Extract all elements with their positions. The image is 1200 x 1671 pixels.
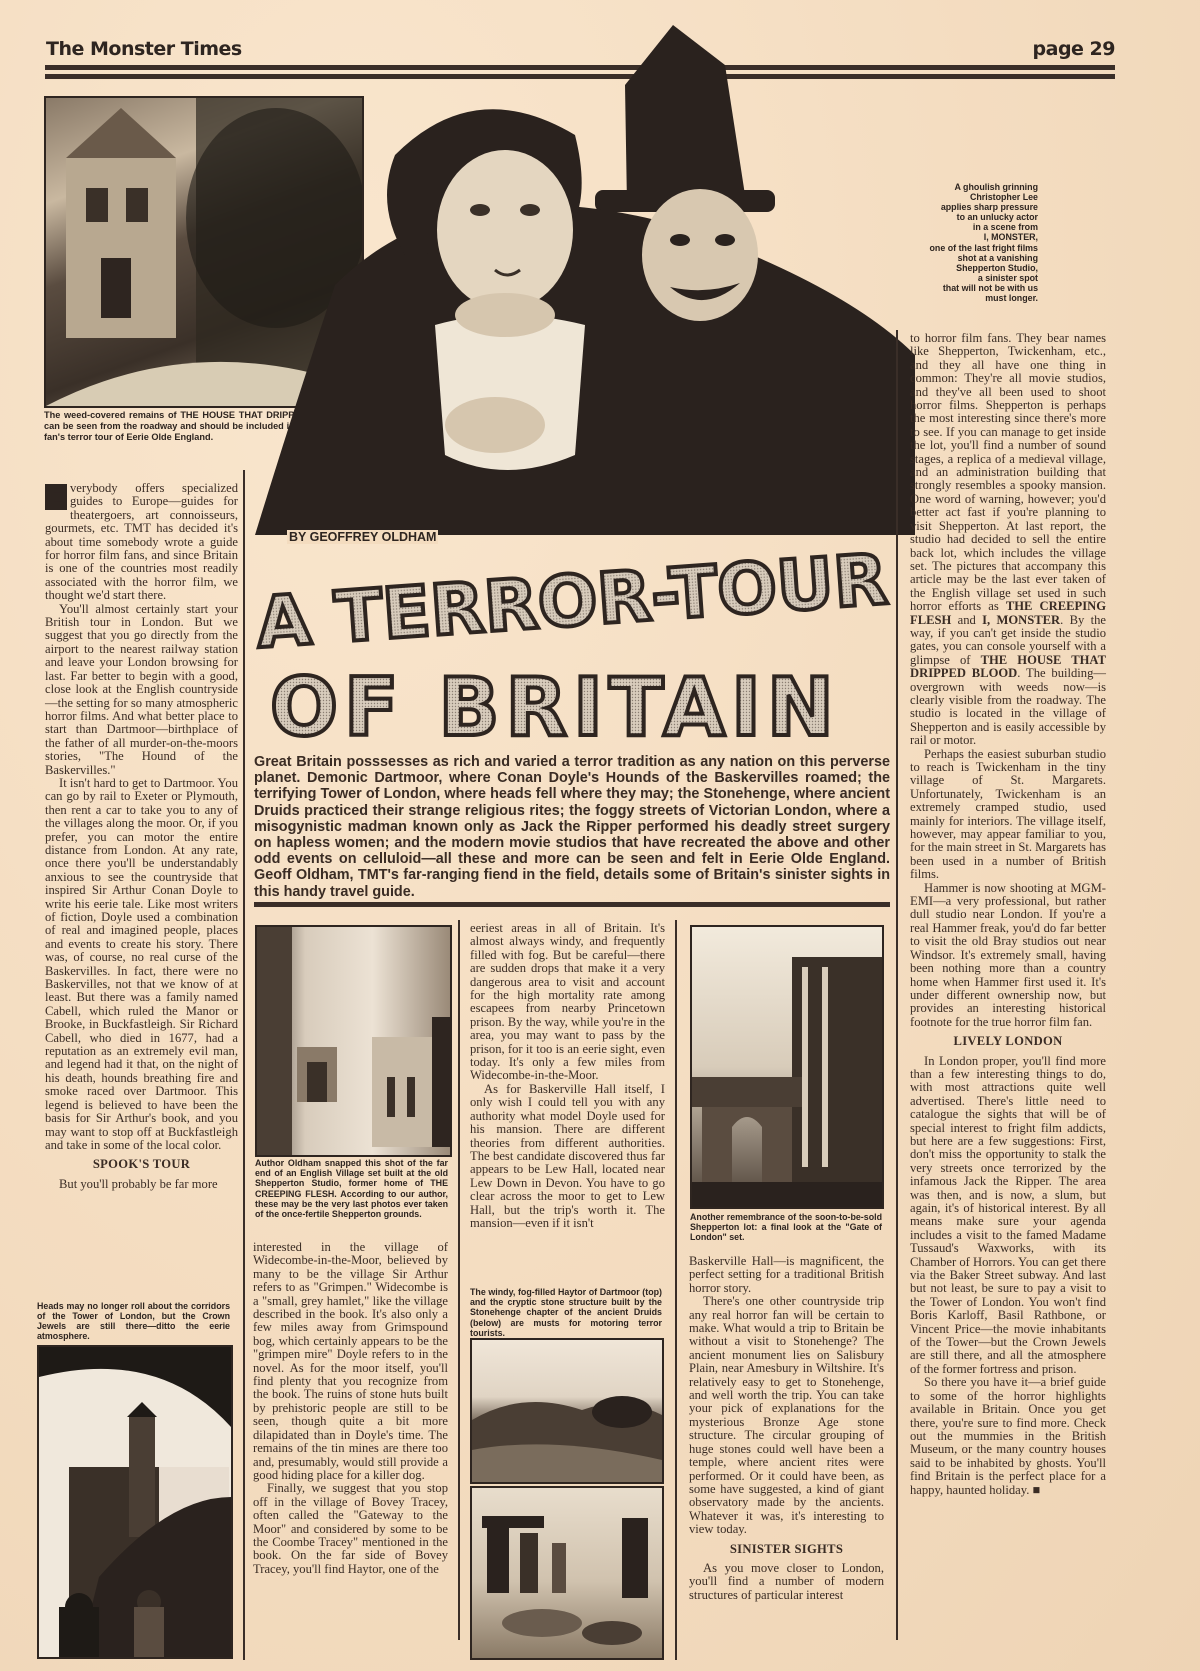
end-mark: ■ — [1033, 1483, 1041, 1497]
gate-of-london-illustration — [692, 927, 882, 1207]
village-set-illustration — [257, 927, 450, 1155]
gate-photo — [690, 925, 884, 1209]
monster-scene-illustration — [255, 25, 915, 535]
column-2: interested in the village of Widecombe-i… — [253, 1241, 448, 1576]
column-5: to horror film fans. They bear names lik… — [910, 332, 1106, 1497]
haytor-caption: The windy, fog-filled Haytor of Dartmoor… — [470, 1287, 662, 1338]
lee-caption: A ghoulish grinning Christopher Lee appl… — [880, 182, 1038, 303]
column-4: Baskerville Hall—is magnificent, the per… — [689, 1255, 884, 1602]
subhead-sinister-sights: SINISTER SIGHTS — [689, 1543, 884, 1556]
column-1: Everybody offers specialized guides to E… — [45, 482, 238, 1191]
column-divider — [675, 920, 677, 1660]
drop-cap: E — [45, 484, 67, 510]
haytor-illustration — [472, 1340, 662, 1482]
svg-text:A TERROR-TOUR: A TERROR-TOUR — [254, 540, 890, 664]
stonehenge-illustration — [472, 1488, 662, 1658]
publication-name: The Monster Times — [46, 38, 242, 60]
gate-caption: Another remembrance of the soon-to-be-so… — [690, 1212, 882, 1243]
subhead-lively-london: LIVELY LONDON — [910, 1035, 1106, 1048]
column-3: eeriest areas in all of Britain. It's al… — [470, 922, 665, 1230]
lee-photo — [255, 25, 915, 535]
village-photo — [255, 925, 452, 1157]
tower-photo — [37, 1345, 233, 1659]
village-caption: Author Oldham snapped this shot of the f… — [255, 1158, 448, 1219]
tower-caption: Heads may no longer roll about the corri… — [37, 1301, 230, 1341]
intro-rule — [254, 902, 890, 907]
page-number: page 29 — [1033, 38, 1115, 60]
subhead-spooks-tour: SPOOK'S TOUR — [45, 1158, 238, 1171]
stonehenge-photo — [470, 1486, 664, 1660]
column-divider — [243, 470, 245, 1660]
haytor-photo — [470, 1338, 664, 1484]
column-divider — [896, 330, 898, 1640]
title-lettering: A TERROR-TOUR OF BRITAIN — [250, 540, 900, 750]
film-title: I, MONSTER — [982, 613, 1060, 627]
opening-paragraph: Everybody offers specialized guides to E… — [45, 482, 238, 603]
tower-of-london-illustration — [39, 1347, 231, 1657]
svg-text:OF BRITAIN: OF BRITAIN — [270, 661, 840, 750]
article-title: A TERROR-TOUR OF BRITAIN — [250, 540, 900, 750]
column-divider — [458, 920, 460, 1640]
article-intro: Great Britain posssesses as rich and var… — [254, 754, 890, 900]
